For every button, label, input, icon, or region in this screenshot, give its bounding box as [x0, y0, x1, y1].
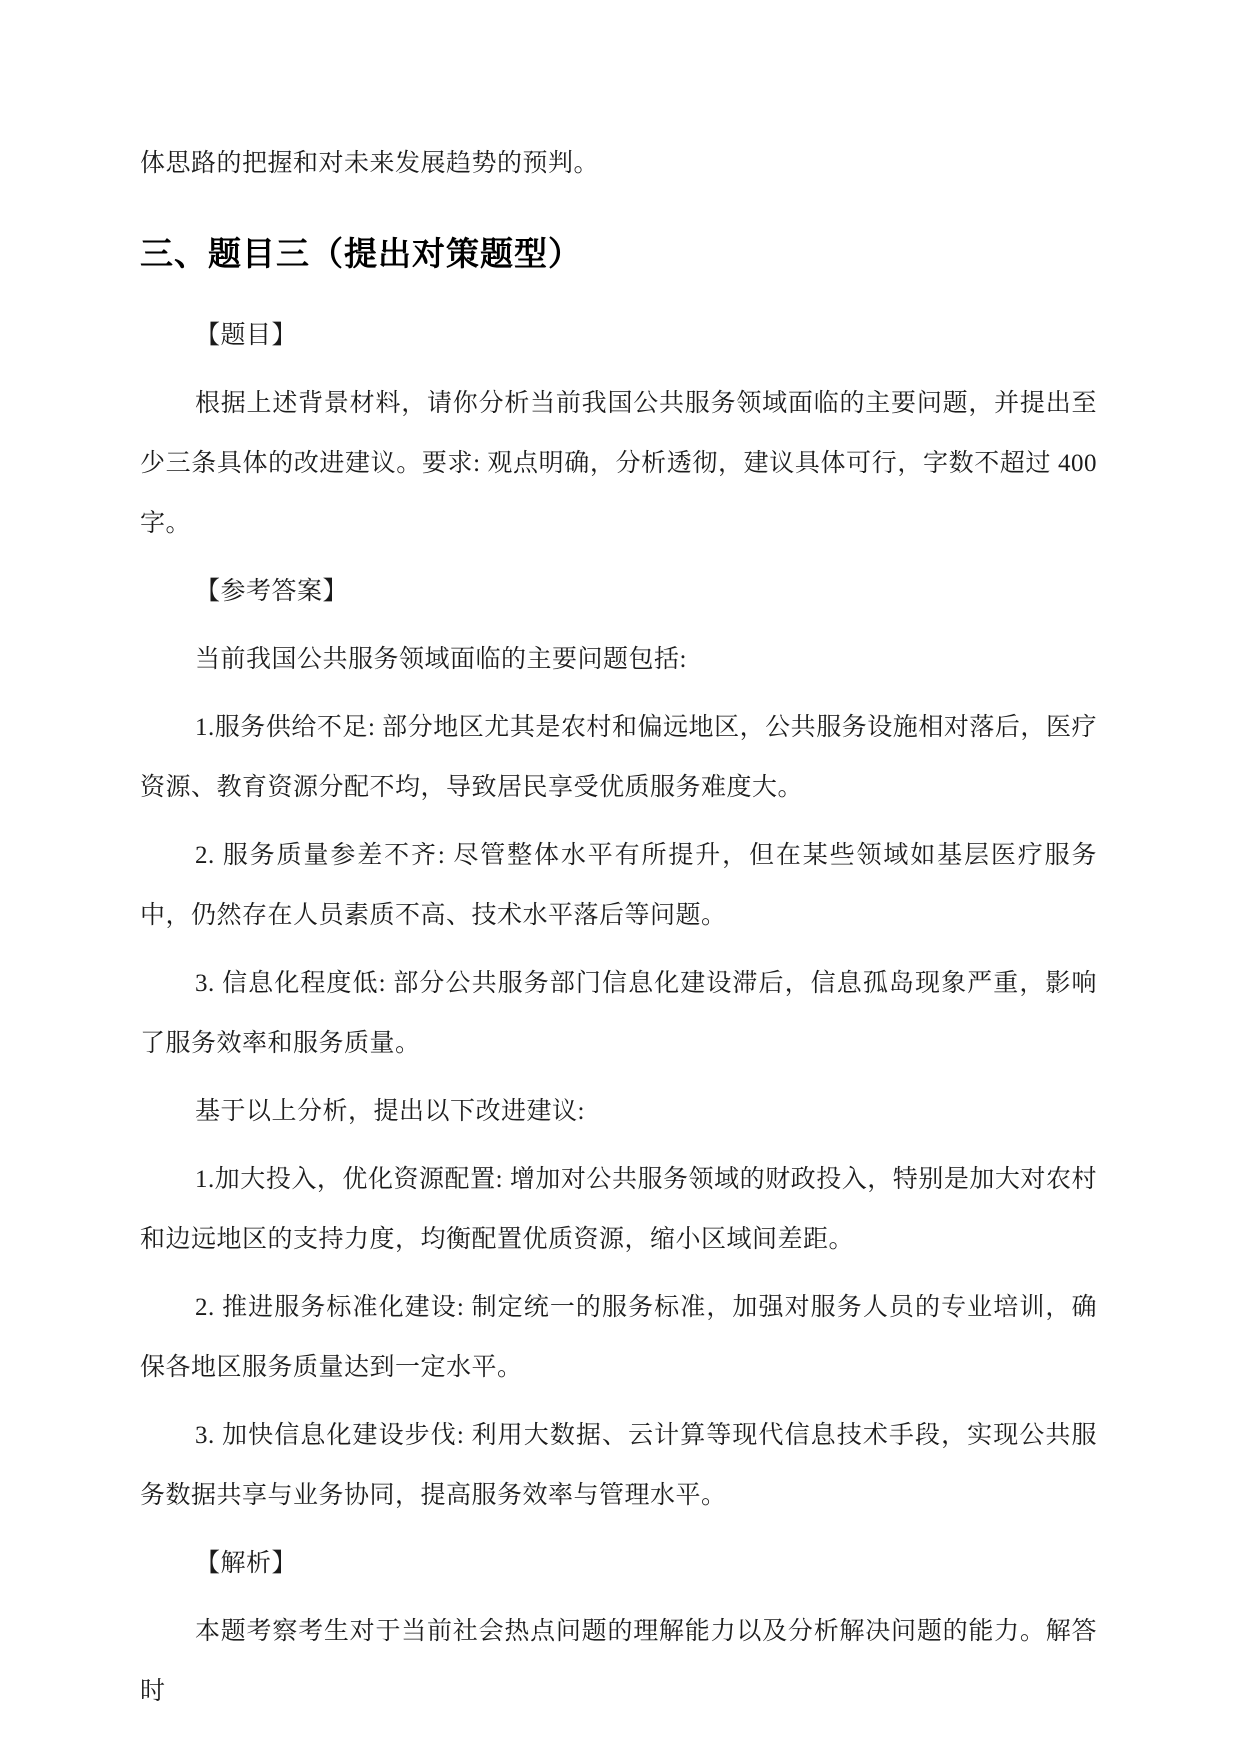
question-text: 根据上述背景材料，请你分析当前我国公共服务领域面临的主要问题，并提出至少三条具体…	[140, 374, 1097, 554]
problem-item-3: 3. 信息化程度低: 部分公共服务部门信息化建设滞后，信息孤岛现象严重，影响了服…	[140, 954, 1097, 1074]
answer-intro: 当前我国公共服务领域面临的主要问题包括:	[140, 630, 1097, 690]
analysis-label: 【解析】	[140, 1534, 1097, 1594]
suggestion-item-2: 2. 推进服务标准化建设: 制定统一的服务标准，加强对服务人员的专业培训，确保各…	[140, 1278, 1097, 1398]
continuation-paragraph: 体思路的把握和对未来发展趋势的预判。	[140, 134, 1097, 194]
problem-item-1: 1.服务供给不足: 部分地区尤其是农村和偏远地区，公共服务设施相对落后，医疗资源…	[140, 698, 1097, 818]
suggestion-item-1: 1.加大投入，优化资源配置: 增加对公共服务领域的财政投入，特别是加大对农村和边…	[140, 1150, 1097, 1270]
problem-item-2: 2. 服务质量参差不齐: 尽管整体水平有所提升，但在某些领域如基层医疗服务中，仍…	[140, 826, 1097, 946]
document-page: 体思路的把握和对未来发展趋势的预判。 三、题目三（提出对策题型） 【题目】 根据…	[0, 0, 1241, 1754]
suggestion-item-3: 3. 加快信息化建设步伐: 利用大数据、云计算等现代信息技术手段，实现公共服务数…	[140, 1406, 1097, 1526]
reference-answer-label: 【参考答案】	[140, 562, 1097, 622]
section-heading: 三、题目三（提出对策题型）	[140, 232, 1097, 276]
analysis-text: 本题考察考生对于当前社会热点问题的理解能力以及分析解决问题的能力。解答时	[140, 1602, 1097, 1722]
question-label: 【题目】	[140, 306, 1097, 366]
suggestions-intro: 基于以上分析，提出以下改进建议:	[140, 1082, 1097, 1142]
